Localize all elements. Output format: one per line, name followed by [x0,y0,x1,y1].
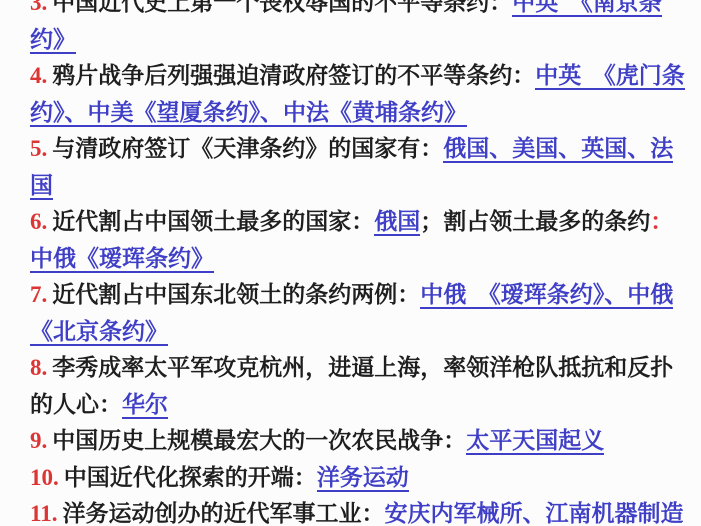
text-line-9: 9.中国历史上规模最宏大的一次农民战争：太平天国起义 [30,422,701,459]
question-text: ；割占领土最多的条约 [420,208,650,234]
question-text: 与清政府签订《天津条约》的国家有： [52,135,443,161]
question-text: 李秀成率太平军攻克杭州，进逼上海，率领洋枪队抵抗和反扑 [52,354,673,380]
document-page: 3.中国近代史上第一个丧权辱国的不平等条约：中英 《南京条 约》 4.鸦片战争后… [0,0,701,526]
text-line-8-wrap: 的人心：华尔 [30,386,701,423]
answer-text: 华尔 [122,391,168,419]
item-number: 10. [30,465,59,490]
question-text: 中国历史上规模最宏大的一次农民战争： [52,427,466,453]
answer-text: 中英 《南京条 [512,0,662,17]
item-number: 7. [30,282,47,307]
item-number: 6. [30,209,47,234]
text-line-7-wrap: 《北京条约》 [30,313,701,350]
text-line-3-wrap: 约》 [30,21,701,58]
text-line-3-start: 3.中国近代史上第一个丧权辱国的不平等条约：中英 《南京条 [30,0,701,21]
red-colon: ： [650,208,673,234]
answer-text: 《北京条约》 [30,318,168,346]
question-text: 近代割占中国领土最多的国家： [52,208,374,234]
answer-text: 约》、中美《望厦条约》、中法《黄埔条约》 [30,99,467,127]
text-line-11: 11.洋务运动创办的近代军事工业：安庆内军械所、江南机器制造 [30,495,701,526]
question-text: 中国近代史上第一个丧权辱国的不平等条约： [52,0,512,15]
text-line-6-start: 6.近代割占中国领土最多的国家：俄国；割占领土最多的条约： [30,203,701,240]
answer-text: 安庆内军械所、江南机器制造 [384,500,683,526]
text-line-6-wrap: 中俄《瑷珲条约》 [30,240,701,277]
text-line-4-wrap: 约》、中美《望厦条约》、中法《黄埔条约》 [30,94,701,131]
text-line-8-start: 8.李秀成率太平军攻克杭州，进逼上海，率领洋枪队抵抗和反扑 [30,349,701,386]
answer-text: 俄国 [374,208,420,236]
text-line-7-start: 7.近代割占中国东北领土的条约两例：中俄 《瑷珲条约》、中俄 [30,276,701,313]
question-text: 近代割占中国东北领土的条约两例： [52,281,420,307]
item-number: 11. [30,501,57,526]
answer-text: 约》 [30,26,76,54]
answer-text: 中英 《虎门条 [535,62,685,90]
answer-text: 太平天国起义 [466,427,604,455]
item-number: 4. [30,63,47,88]
answer-text: 俄国、美国、英国、法 [443,135,673,163]
answer-text: 国 [30,172,53,200]
item-number: 5. [30,136,47,161]
text-line-5-start: 5.与清政府签订《天津条约》的国家有：俄国、美国、英国、法 [30,130,701,167]
item-number: 3. [30,0,47,15]
item-number: 9. [30,428,47,453]
text-line-10: 10.中国近代化探索的开端：洋务运动 [30,459,701,496]
question-text: 洋务运动创办的近代军事工业： [62,500,384,526]
answer-text: 中俄 《瑷珲条约》、中俄 [420,281,673,309]
text-line-5-wrap: 国 [30,167,701,204]
question-text: 中国近代化探索的开端： [64,464,317,490]
answer-text: 洋务运动 [317,464,409,492]
answer-text: 中俄《瑷珲条约》 [30,245,214,273]
document-content: 3.中国近代史上第一个丧权辱国的不平等条约：中英 《南京条 约》 4.鸦片战争后… [30,0,701,526]
text-line-4-start: 4.鸦片战争后列强强迫清政府签订的不平等条约：中英 《虎门条 [30,57,701,94]
question-text: 鸦片战争后列强强迫清政府签订的不平等条约： [52,62,535,88]
item-number: 8. [30,355,47,380]
question-text: 的人心： [30,391,122,417]
